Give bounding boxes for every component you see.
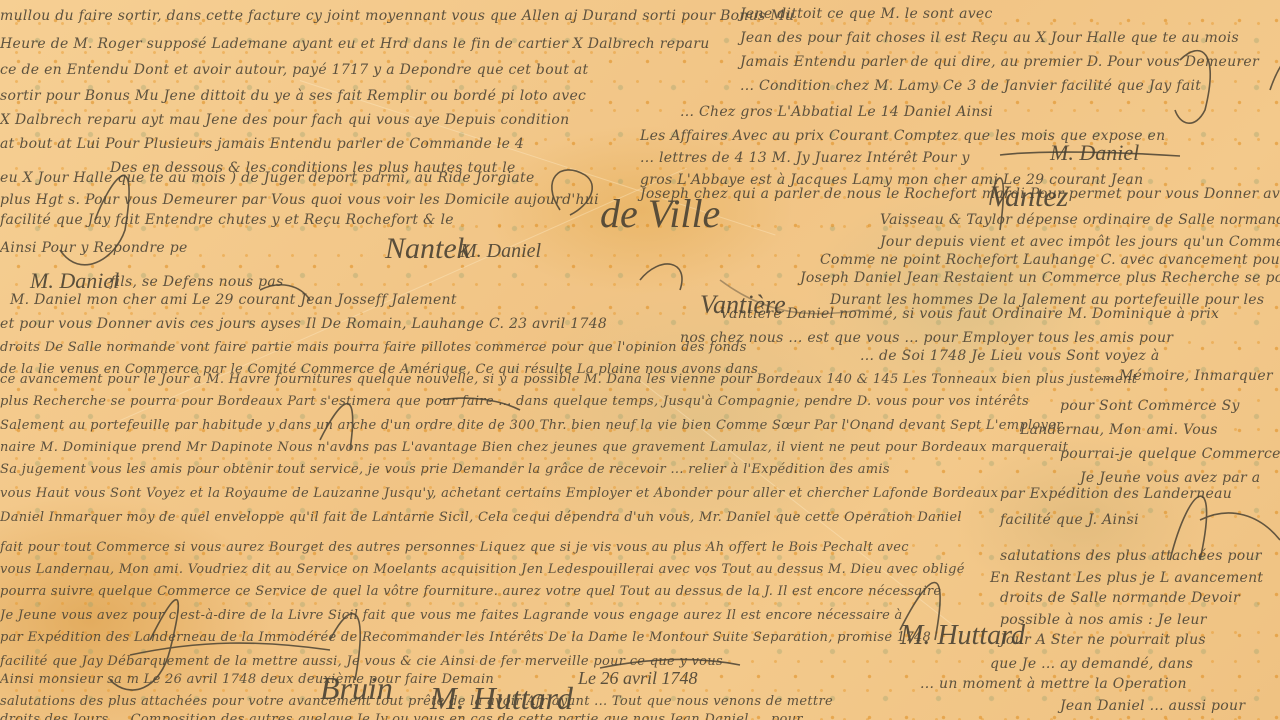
- handwritten-line: Daniel Inmarquer moy de quel enveloppe q…: [0, 510, 962, 525]
- handwritten-line: mullou du faire sortir, dans cette factu…: [0, 8, 794, 24]
- handwritten-line: Jean des pour fait choses il est Reçu au…: [740, 30, 1239, 46]
- handwritten-line: facilité que J. Ainsi: [1000, 512, 1139, 528]
- handwritten-line: sortir pour Bonus Mu Jene dittoit du ye …: [0, 88, 586, 104]
- handwritten-line: pourrai-je quelque Commerce: [1060, 446, 1280, 462]
- handwritten-line: droits des Jours ... Composition des aut…: [0, 712, 803, 720]
- handwritten-line: droits de Salle normande Devoir: [1000, 590, 1240, 606]
- handwritten-line: facilité que Jay fait Entendre chutes y …: [0, 212, 454, 228]
- handwritten-line: Jour A Ster ne pourrait plus: [1000, 632, 1206, 648]
- handwritten-line: Je Jeune vous avez pour c'est-à-dire de …: [0, 608, 903, 623]
- handwritten-line: possible à nos amis : Je leur: [1000, 612, 1207, 628]
- handwritten-line: ce de en Entendu Dont et avoir autour, p…: [0, 62, 589, 78]
- handwritten-line: vous Landernau, Mon ami. Voudriez dit au…: [0, 562, 965, 577]
- handwritten-line: ... Mémoire, Inmarquer: [1100, 368, 1273, 384]
- signature: M. Huttard: [900, 620, 1025, 652]
- signature: M. Huttard: [430, 680, 573, 717]
- handwritten-line: Heure de M. Roger supposé Lademane ayant…: [0, 36, 710, 52]
- handwritten-line: vous Haut vous Sont Voyez et la Royaume …: [0, 486, 998, 501]
- handwritten-line: ce avancement pour le Jour à M. Havre fo…: [0, 372, 1137, 387]
- handwritten-line: Je Jeune vous avez par a: [1080, 470, 1260, 486]
- parchment-background: mullou du faire sortir, dans cette factu…: [0, 0, 1280, 720]
- handwritten-line: Landernau, Mon ami. Vous: [1020, 422, 1218, 438]
- handwritten-line: Comme ne point Rochefort Lauhange C. ave…: [820, 252, 1280, 268]
- handwritten-line: X Dalbrech reparu ayt mau Jene des pour …: [0, 112, 569, 128]
- handwritten-line: droits De Salle normande vont faire part…: [0, 340, 747, 355]
- handwritten-line: fils, se Defens nous pas: [110, 274, 284, 290]
- handwritten-line: que Je ... ay demandé, dans: [990, 656, 1193, 672]
- handwritten-line: pourra suivre quelque Commerce ce Servic…: [0, 584, 941, 599]
- handwritten-line: Vantière Daniel nommé, si vous faut Ordi…: [720, 306, 1219, 322]
- signature: Vantière: [700, 290, 786, 320]
- handwritten-line: salutations des plus attachées pour: [1000, 548, 1262, 564]
- signature: de Ville: [600, 190, 720, 237]
- handwritten-line: ... Chez gros L'Abbatial Le 14 Daniel Ai…: [680, 104, 993, 120]
- handwritten-line: salutations des plus attachées pour votr…: [0, 694, 833, 709]
- handwritten-line: Jene dittoit ce que M. le sont avec: [740, 6, 993, 22]
- handwritten-line: Salement au portefeuille par habitude y …: [0, 418, 1063, 433]
- handwritten-line: nos chez nous ... est que vous ... pour …: [680, 330, 1173, 346]
- handwritten-line: En Restant Les plus je L avancement: [990, 570, 1263, 586]
- handwritten-line: et pour vous Donner avis ces jours ayses…: [0, 316, 607, 332]
- handwritten-line: Vaisseau & Taylor dépense ordinaire de S…: [880, 212, 1280, 228]
- signature: M. Daniel: [1050, 140, 1139, 166]
- handwritten-line: facilité que Jay Débarquement de la mett…: [0, 654, 723, 669]
- signature: Nantek: [385, 232, 470, 266]
- handwritten-line: ... Condition chez M. Lamy Ce 3 de Janvi…: [740, 78, 1201, 94]
- signature: Bruin: [320, 670, 393, 707]
- handwritten-line: pour Sont Commerce Sy: [1060, 398, 1240, 414]
- handwritten-line: Ainsi Pour y Repondre pe: [0, 240, 188, 256]
- handwritten-line: par Expédition des Landerneau de la Immo…: [0, 630, 931, 645]
- handwritten-line: naire M. Dominique prend Mr Dapinote Nou…: [0, 440, 1068, 455]
- handwritten-line: Jamais Entendu parler de qui dire, au pr…: [740, 54, 1259, 70]
- handwritten-line: Ainsi monsieur sa m Le 26 avril 1748 deu…: [0, 672, 494, 687]
- handwritten-line: Sa jugement vous les amis pour obtenir t…: [0, 462, 890, 477]
- handwritten-line: fait pour tout Commerce si vous aurez Bo…: [0, 540, 909, 555]
- handwritten-line: Jean Daniel ... aussi pour: [1060, 698, 1245, 714]
- signature: Le 26 avril 1748: [578, 668, 698, 689]
- handwritten-line: Joseph chez qui a parler de nous le Roch…: [640, 186, 1280, 202]
- signature: M. Daniel: [460, 240, 541, 263]
- handwritten-line: plus Recherche se pourra pour Bordeaux P…: [0, 394, 1029, 409]
- handwritten-line: eu X Jour Halle que te au mois ) de Juge…: [0, 170, 535, 186]
- handwritten-line: ... un moment à mettre la Operation: [920, 676, 1187, 692]
- handwritten-line: ... de Soi 1748 Je Lieu vous Sont voyez …: [860, 348, 1160, 364]
- handwritten-line: par Expédition des Landerneau: [1000, 486, 1232, 502]
- handwritten-line: M. Daniel mon cher ami Le 29 courant Jea…: [10, 292, 457, 308]
- signature: M. Daniel: [30, 268, 119, 294]
- signature: Vantez: [990, 180, 1068, 214]
- handwritten-line: plus Hgt s. Pour vous Demeurer par Vous …: [0, 192, 599, 208]
- handwritten-line: Jour depuis vient et avec impôt les jour…: [880, 234, 1280, 250]
- handwritten-line: Joseph Daniel Jean Restaient un Commerce…: [800, 270, 1280, 286]
- handwritten-line: at bout at Lui Pour Plusieurs jamais Ent…: [0, 136, 524, 152]
- handwritten-line: ... lettres de 4 13 M. Jy Juarez Intérêt…: [640, 150, 970, 166]
